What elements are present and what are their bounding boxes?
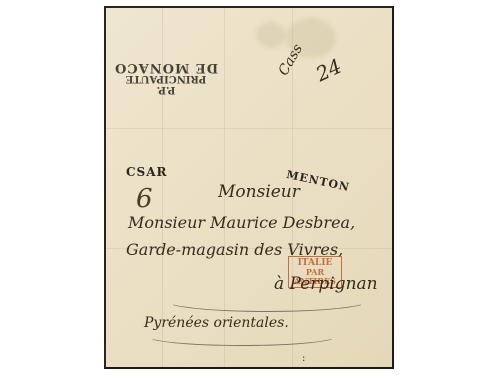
flourish <box>146 326 338 346</box>
folded-letter: P.P. PRINCIPAUTE DE MONACO Cass 24 CSAR … <box>104 6 394 369</box>
manuscript-note: 24 <box>312 54 345 87</box>
fold-line <box>106 128 392 129</box>
address-line: Monsieur Maurice Desbrea, <box>128 213 355 232</box>
address-salutation: Monsieur <box>218 182 300 202</box>
flourish <box>166 290 368 312</box>
rate-mark: 6 <box>136 184 153 214</box>
postmark-line: DE MONACO <box>114 62 218 73</box>
manuscript-note: Cass <box>275 42 306 79</box>
postmark-line: P.P. <box>114 84 218 95</box>
ink-dots: : <box>302 353 305 364</box>
wax-seal-stain <box>256 22 286 48</box>
csar-postmark: CSAR <box>126 165 168 179</box>
inverted-straightline-postmark: P.P. PRINCIPAUTE DE MONACO <box>114 62 218 95</box>
